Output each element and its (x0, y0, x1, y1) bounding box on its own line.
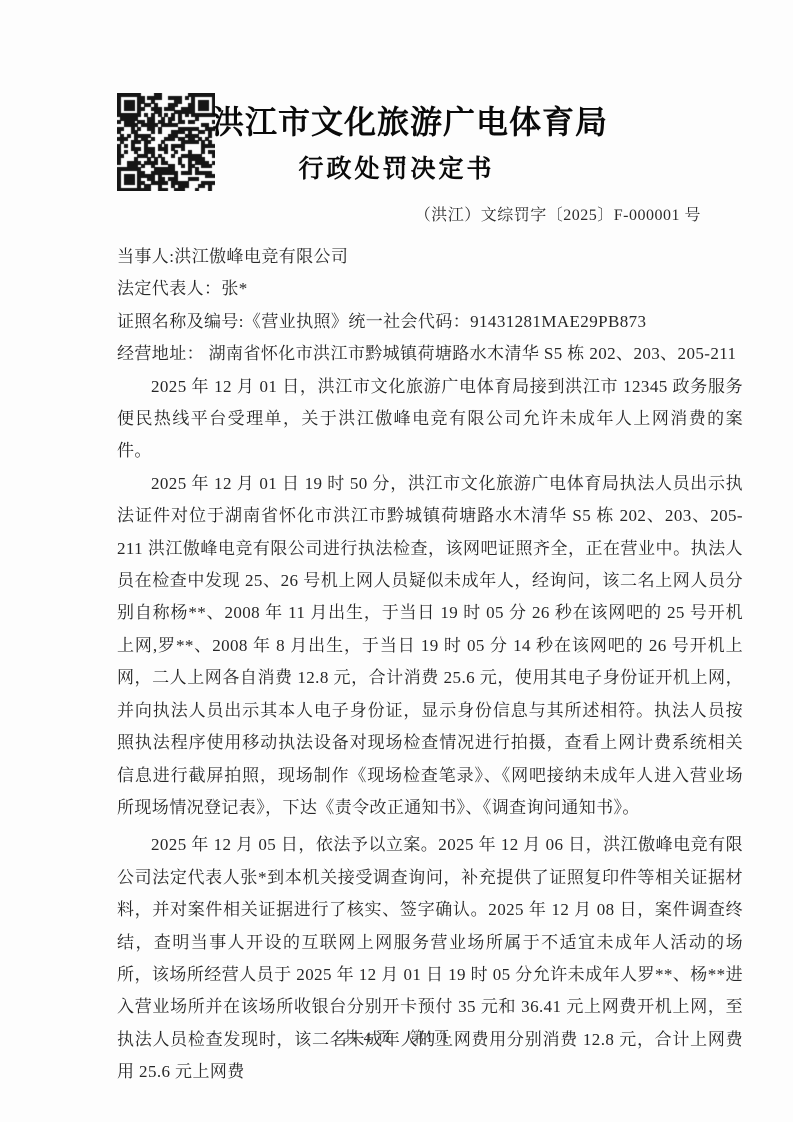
party-line: 当事人:洪江傲峰电竞有限公司 (117, 241, 743, 273)
address-line: 经营地址： 湖南省怀化市洪江市黔城镇荷塘路水木清华 S5 栋 202、203、2… (117, 338, 743, 370)
paragraph-inspection: 2025 年 12 月 01 日 19 时 50 分，洪江市文化旅游广电体育局执… (117, 468, 743, 824)
page-footer: 共 4 页 第1页 (0, 1026, 793, 1047)
document-number: （洪江）文综罚字〔2025〕F-000001 号 (0, 202, 793, 225)
legal-rep-line: 法定代表人：张* (117, 273, 743, 305)
current-page-label: 第1页 (410, 1030, 451, 1046)
license-line: 证照名称及编号:《营业执照》统一社会代码：91431281MAE29PB873 (117, 306, 743, 338)
paragraph-complaint: 2025 年 12 月 01 日，洪江市文化旅游广电体育局接到洪江市 12345… (117, 371, 743, 468)
paragraph-investigation: 2025 年 12 月 05 日，依法予以立案。2025 年 12 月 06 日… (117, 829, 743, 1088)
total-pages-label: 共 4 页 (343, 1030, 393, 1046)
agency-title: 洪江市文化旅游广电体育局 (212, 97, 608, 143)
document-type-title: 行政处罚决定书 (0, 149, 793, 185)
document-page: 洪江市文化旅游广电体育局 行政处罚决定书 （洪江）文综罚字〔2025〕F-000… (0, 0, 793, 1122)
document-body: 当事人:洪江傲峰电竞有限公司 法定代表人：张* 证照名称及编号:《营业执照》统一… (117, 241, 743, 1089)
